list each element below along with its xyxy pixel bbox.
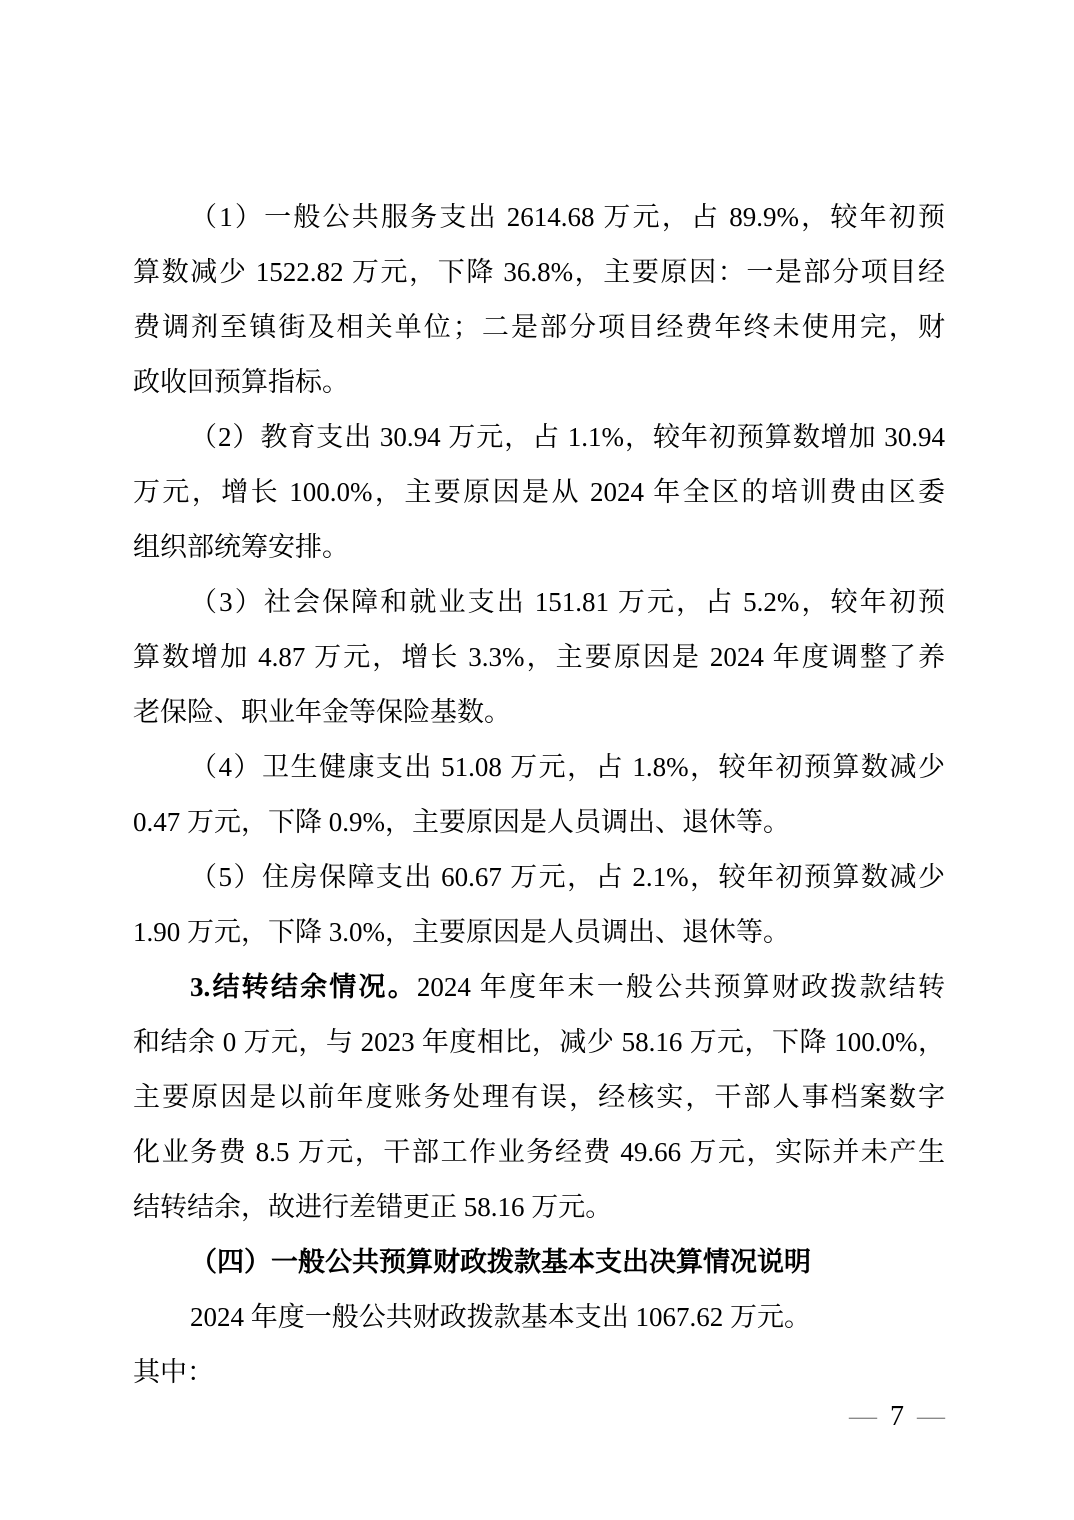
paragraph-5-line-1: （5）住房保障支出 60.67 万元，占 2.1%，较年初预算数减少 <box>133 850 945 905</box>
paragraph-2-line-2: 万元，增长 100.0%，主要原因是从 2024 年全区的培训费由区委 <box>133 465 945 520</box>
page-number: 7 <box>890 1401 904 1432</box>
paragraph-8-line-1: 其中： <box>133 1345 945 1400</box>
document-page: （1）一般公共服务支出 2614.68 万元，占 89.9%，较年初预 算数减少… <box>0 0 1074 1520</box>
paragraph-6-line-4: 化业务费 8.5 万元，干部工作业务经费 49.66 万元，实际并未产生 <box>133 1125 945 1180</box>
footer-dash-left: — <box>849 1401 877 1432</box>
paragraph-3-line-3: 老保险、职业年金等保险基数。 <box>133 685 945 740</box>
paragraph-7-line-1: 2024 年度一般公共财政拨款基本支出 1067.62 万元。 <box>133 1290 945 1345</box>
paragraph-6-line-1: 3.结转结余情况。2024 年度年末一般公共预算财政拨款结转 <box>133 960 945 1015</box>
paragraph-6-line-5: 结转结余，故进行差错更正 58.16 万元。 <box>133 1180 945 1235</box>
paragraph-1-line-2: 算数减少 1522.82 万元，下降 36.8%，主要原因：一是部分项目经 <box>133 245 945 300</box>
paragraph-1-line-1: （1）一般公共服务支出 2614.68 万元，占 89.9%，较年初预 <box>133 190 945 245</box>
paragraph-5-line-2: 1.90 万元，下降 3.0%，主要原因是人员调出、退休等。 <box>133 905 945 960</box>
paragraph-6-bold-lead: 3.结转结余情况。 <box>190 972 417 1002</box>
paragraph-2-line-3: 组织部统筹安排。 <box>133 520 945 575</box>
paragraph-4-line-1: （4）卫生健康支出 51.08 万元，占 1.8%，较年初预算数减少 <box>133 740 945 795</box>
paragraph-6-line-3: 主要原因是以前年度账务处理有误，经核实，干部人事档案数字 <box>133 1070 945 1125</box>
paragraph-4-line-2: 0.47 万元，下降 0.9%，主要原因是人员调出、退休等。 <box>133 795 945 850</box>
page-number-footer: —7— <box>849 1400 945 1434</box>
paragraph-1-line-4: 政收回预算指标。 <box>133 355 945 410</box>
paragraph-1-line-3: 费调剂至镇街及相关单位；二是部分项目经费年终未使用完，财 <box>133 300 945 355</box>
paragraph-3-line-2: 算数增加 4.87 万元，增长 3.3%，主要原因是 2024 年度调整了养 <box>133 630 945 685</box>
paragraph-6-line-1-rest: 2024 年度年末一般公共预算财政拨款结转 <box>417 972 945 1002</box>
page-content: （1）一般公共服务支出 2614.68 万元，占 89.9%，较年初预 算数减少… <box>133 190 945 1400</box>
paragraph-3-line-1: （3）社会保障和就业支出 151.81 万元，占 5.2%，较年初预 <box>133 575 945 630</box>
paragraph-2-line-1: （2）教育支出 30.94 万元，占 1.1%，较年初预算数增加 30.94 <box>133 410 945 465</box>
footer-dash-right: — <box>917 1401 945 1432</box>
section-heading-4: （四）一般公共预算财政拨款基本支出决算情况说明 <box>133 1235 945 1290</box>
paragraph-6-line-2: 和结余 0 万元，与 2023 年度相比，减少 58.16 万元，下降 100.… <box>133 1015 945 1070</box>
